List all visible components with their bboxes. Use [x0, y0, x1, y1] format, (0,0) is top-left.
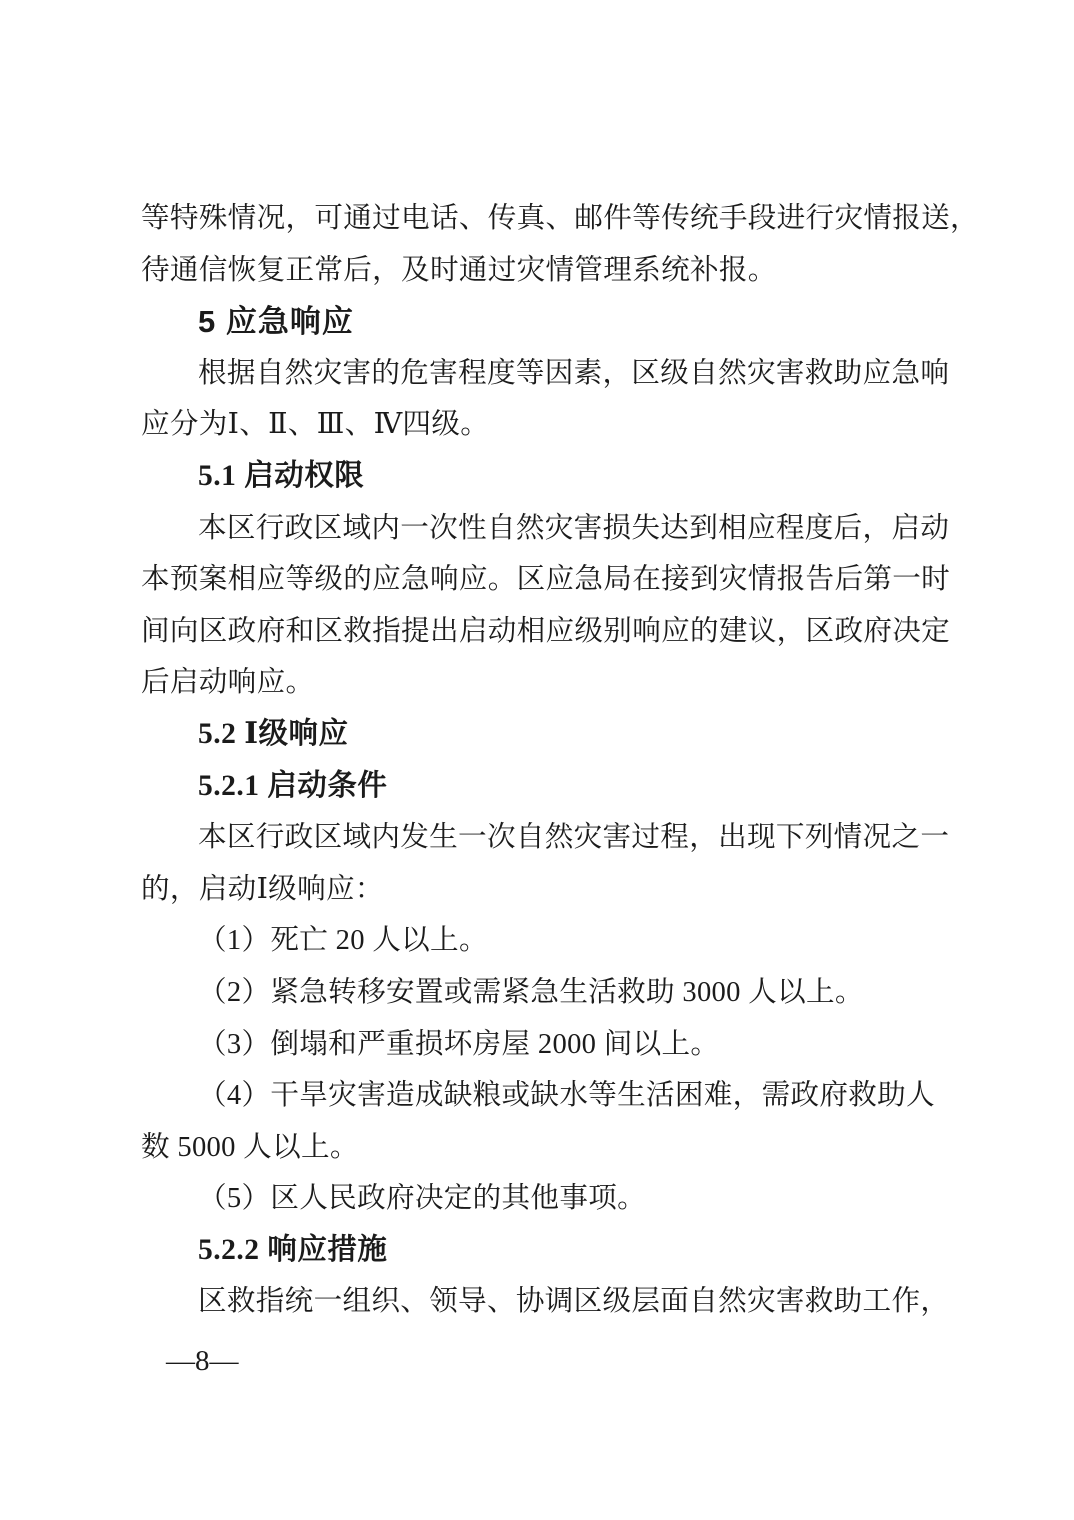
- list-item-4-continuation: 数 5000 人以上。: [141, 1122, 956, 1174]
- heading-5-1-activation-authority: 5.1 启动权限: [141, 451, 956, 503]
- document-page: 等特殊情况，可通过电话、传真、邮件等传统手段进行灾情报送， 待通信恢复正常后，及…: [0, 0, 1074, 1520]
- paragraph-line: 区救指统一组织、领导、协调区级层面自然灾害救助工作，: [141, 1276, 956, 1328]
- paragraph-line: 根据自然灾害的危害程度等因素，区级自然灾害救助应急响: [141, 348, 956, 400]
- paragraph-line: 后启动响应。: [141, 657, 956, 709]
- paragraph-line: 待通信恢复正常后，及时通过灾情管理系统补报。: [141, 245, 956, 297]
- heading-5-2-2-response-measures: 5.2.2 响应措施: [141, 1225, 956, 1277]
- page-number: —8—: [166, 1337, 239, 1385]
- heading-5-emergency-response: 5 应急响应: [141, 296, 956, 348]
- paragraph-line: 本区行政区域内发生一次自然灾害过程，出现下列情况之一: [141, 812, 956, 864]
- list-item-1: （1）死亡 20 人以上。: [141, 915, 956, 967]
- list-item-4: （4）干旱灾害造成缺粮或缺水等生活困难，需政府救助人: [141, 1070, 956, 1122]
- list-item-5: （5）区人民政府决定的其他事项。: [141, 1173, 956, 1225]
- paragraph-line: 间向区政府和区救指提出启动相应级别响应的建议，区政府决定: [141, 606, 956, 658]
- list-item-2: （2）紧急转移安置或需紧急生活救助 3000 人以上。: [141, 967, 956, 1019]
- heading-5-2-level-1-response: 5.2 Ⅰ级响应: [141, 709, 956, 761]
- paragraph-line: 本区行政区域内一次性自然灾害损失达到相应程度后，启动: [141, 503, 956, 555]
- paragraph-line: 的，启动Ⅰ级响应：: [141, 864, 956, 916]
- list-item-3: （3）倒塌和严重损坏房屋 2000 间以上。: [141, 1019, 956, 1071]
- paragraph-line: 本预案相应等级的应急响应。区应急局在接到灾情报告后第一时: [141, 554, 956, 606]
- document-content: 等特殊情况，可通过电话、传真、邮件等传统手段进行灾情报送， 待通信恢复正常后，及…: [141, 193, 956, 1328]
- paragraph-line: 等特殊情况，可通过电话、传真、邮件等传统手段进行灾情报送，: [141, 193, 956, 245]
- paragraph-line: 应分为Ⅰ、Ⅱ、Ⅲ、Ⅳ四级。: [141, 399, 956, 451]
- heading-5-2-1-activation-conditions: 5.2.1 启动条件: [141, 761, 956, 813]
